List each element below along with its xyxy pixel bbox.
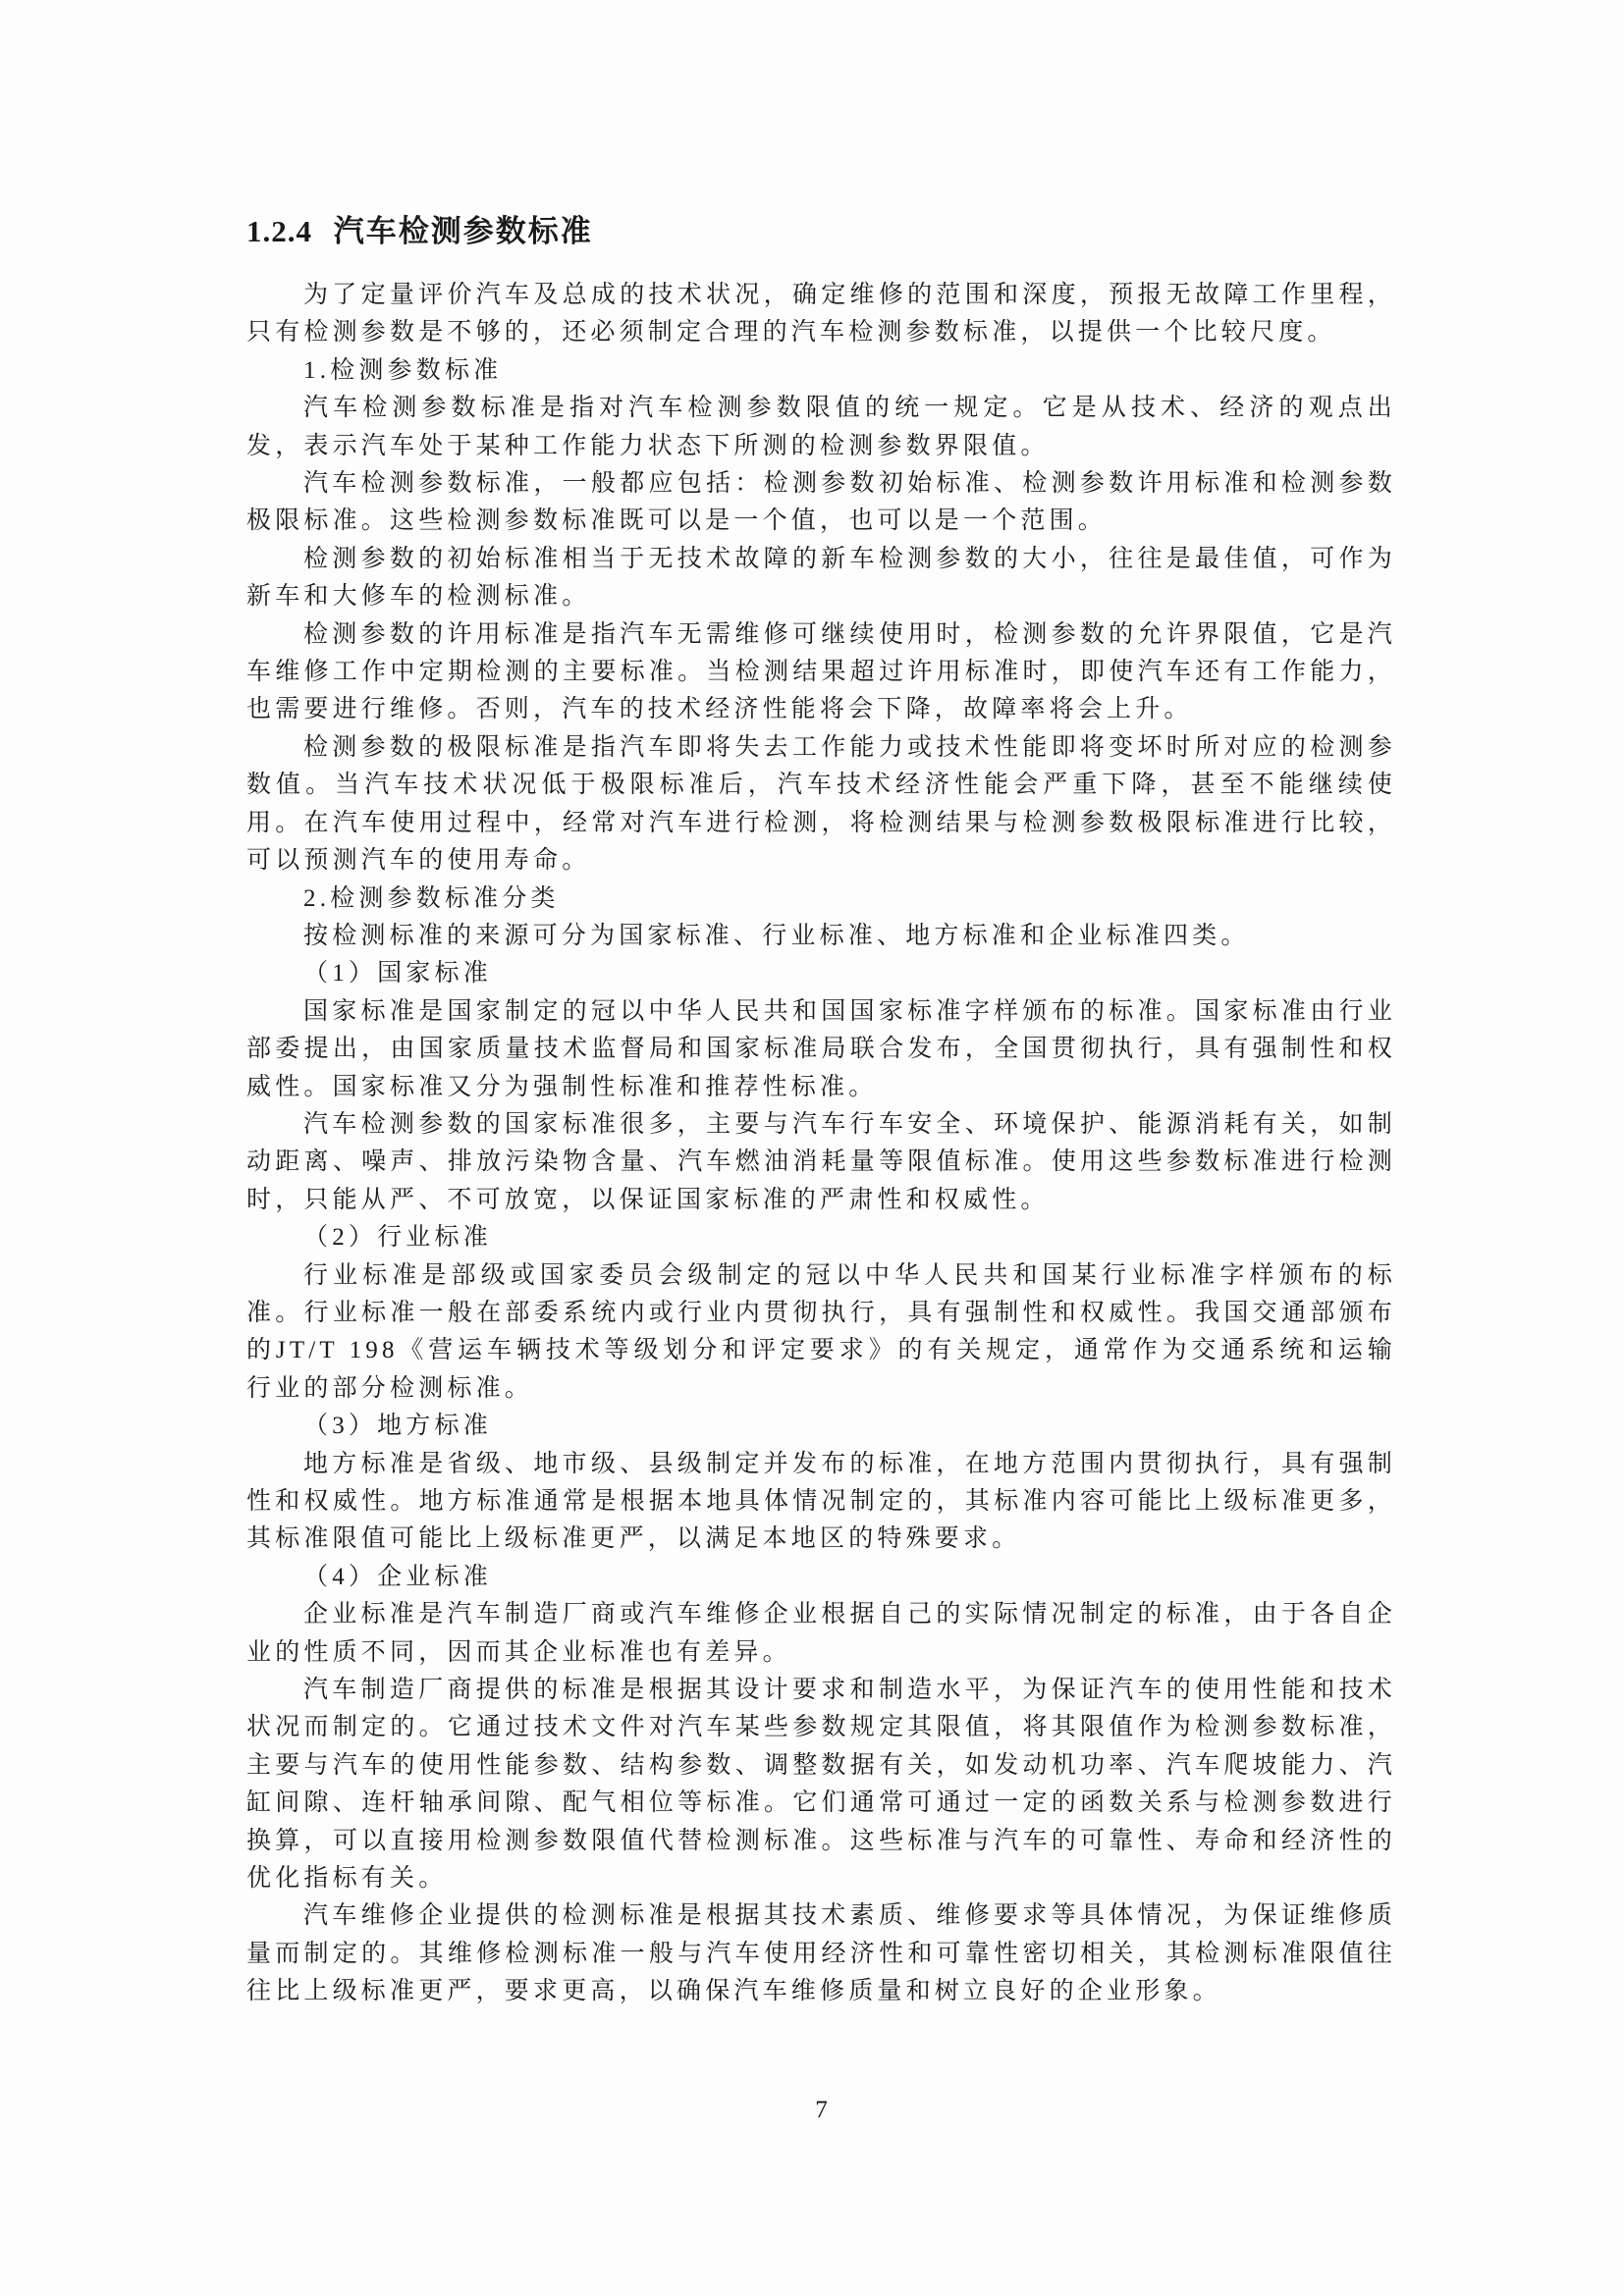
section-number: 1.2.4	[246, 214, 312, 248]
document-page: 1.2.4 汽车检测参数标准 为了定量评价汽车及总成的技术状况，确定维修的范围和…	[0, 0, 1624, 2296]
body-text: 为了定量评价汽车及总成的技术状况，确定维修的范围和深度，预报无故障工作里程，只有…	[246, 277, 1396, 2011]
paragraph: 汽车检测参数标准，一般都应包括：检测参数初始标准、检测参数许用标准和检测参数极限…	[246, 465, 1396, 541]
section-title: 汽车检测参数标准	[334, 214, 593, 248]
subheading-detection-parameter-standard: 1.检测参数标准	[246, 352, 1396, 390]
paragraph: 检测参数的极限标准是指汽车即将失去工作能力或技术性能即将变坏时所对应的检测参数值…	[246, 729, 1396, 881]
paragraph-intro: 为了定量评价汽车及总成的技术状况，确定维修的范围和深度，预报无故障工作里程，只有…	[246, 277, 1396, 352]
page-number: 7	[246, 2097, 1396, 2124]
subheading-local-standard: （3）地方标准	[246, 1408, 1396, 1445]
subheading-national-standard: （1）国家标准	[246, 955, 1396, 992]
paragraph: 汽车维修企业提供的检测标准是根据其技术素质、维修要求等具体情况，为保证维修质量而…	[246, 1897, 1396, 2010]
subheading-standard-classification: 2.检测参数标准分类	[246, 881, 1396, 918]
paragraph: 检测参数的许用标准是指汽车无需维修可继续使用时，检测参数的允许界限值，它是汽车维…	[246, 616, 1396, 729]
paragraph: 国家标准是国家制定的冠以中华人民共和国国家标准字样颁布的标准。国家标准由行业部委…	[246, 993, 1396, 1106]
paragraph: 按检测标准的来源可分为国家标准、行业标准、地方标准和企业标准四类。	[246, 918, 1396, 955]
paragraph: 汽车检测参数标准是指对汽车检测参数限值的统一规定。它是从技术、经济的观点出发，表…	[246, 390, 1396, 465]
paragraph: 汽车检测参数的国家标准很多，主要与汽车行车安全、环境保护、能源消耗有关，如制动距…	[246, 1106, 1396, 1219]
paragraph: 检测参数的初始标准相当于无技术故障的新车检测参数的大小，往往是最佳值，可作为新车…	[246, 541, 1396, 616]
paragraph: 汽车制造厂商提供的标准是根据其设计要求和制造水平，为保证汽车的使用性能和技术状况…	[246, 1672, 1396, 1897]
text-block: 1.2.4 汽车检测参数标准 为了定量评价汽车及总成的技术状况，确定维修的范围和…	[246, 215, 1396, 2011]
paragraph: 地方标准是省级、地市级、县级制定并发布的标准，在地方范围内贯彻执行，具有强制性和…	[246, 1446, 1396, 1559]
paragraph: 行业标准是部级或国家委员会级制定的冠以中华人民共和国某行业标准字样颁布的标准。行…	[246, 1257, 1396, 1409]
subheading-industry-standard: （2）行业标准	[246, 1219, 1396, 1256]
paragraph: 企业标准是汽车制造厂商或汽车维修企业根据自己的实际情况制定的标准，由于各自企业的…	[246, 1596, 1396, 1672]
section-heading: 1.2.4 汽车检测参数标准	[246, 215, 1396, 248]
subheading-enterprise-standard: （4）企业标准	[246, 1559, 1396, 1596]
